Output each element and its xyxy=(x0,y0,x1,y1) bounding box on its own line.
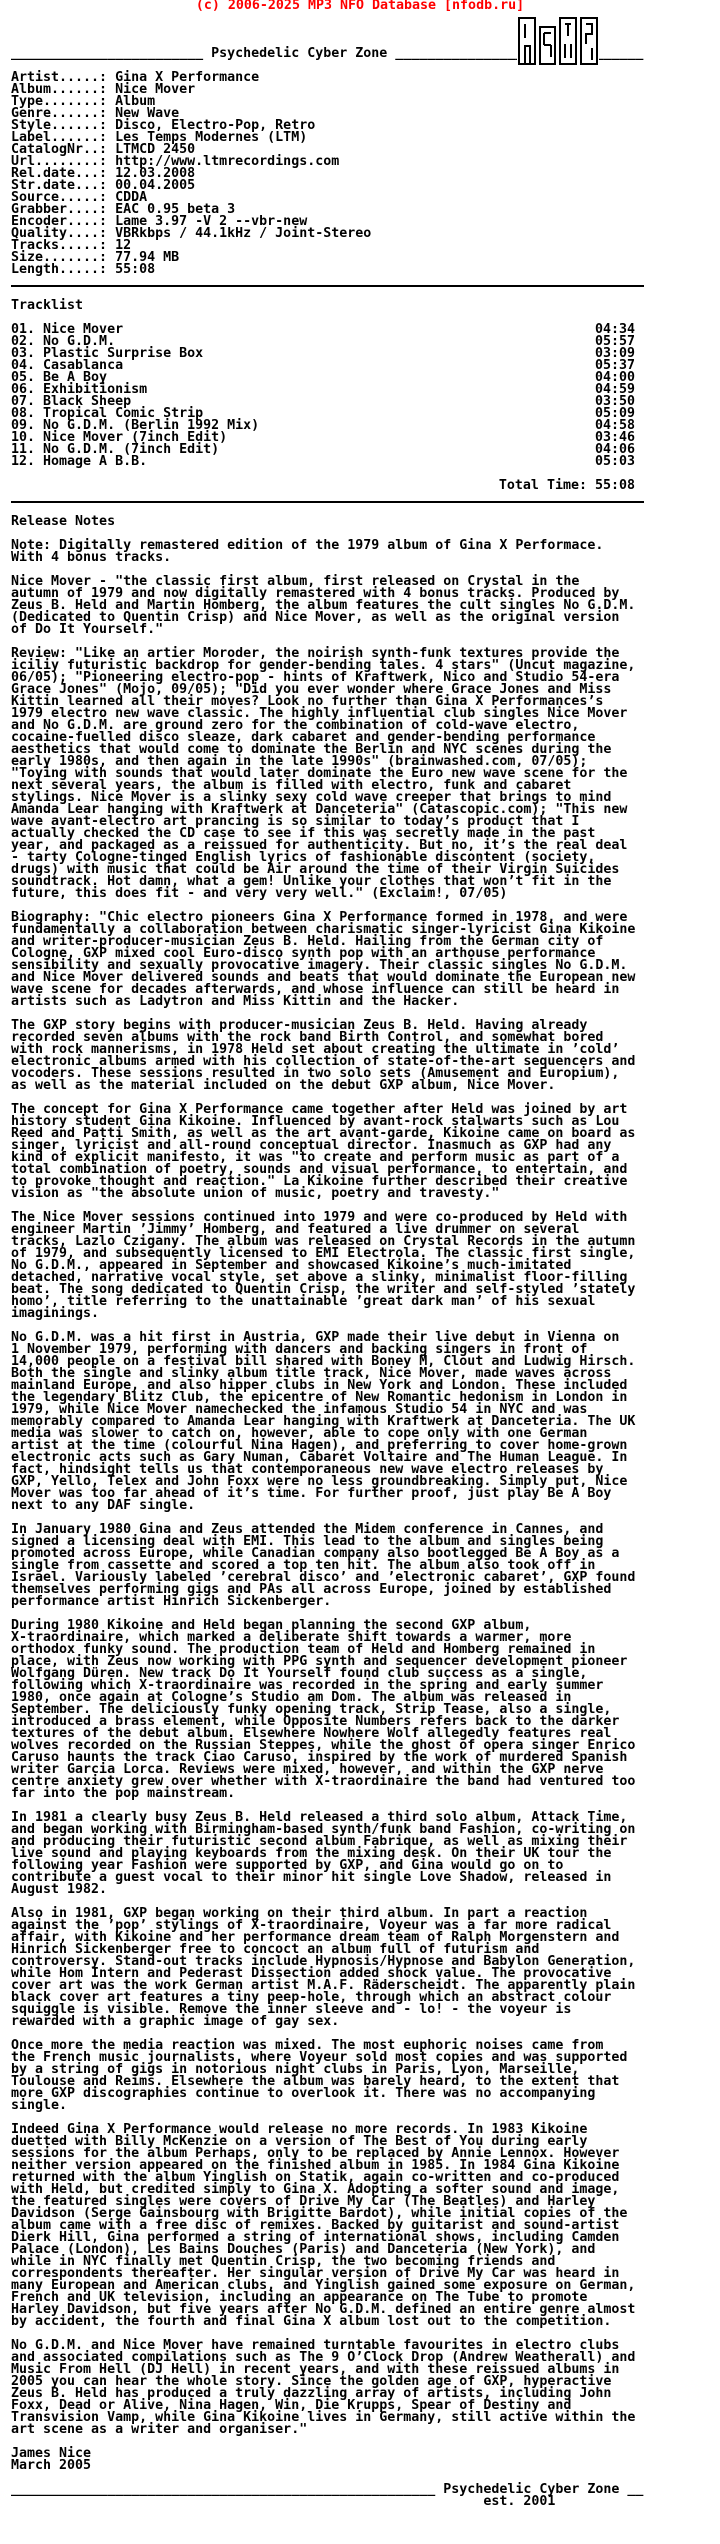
release-notes-paragraph: The GXP story begins with producer-music… xyxy=(11,1020,720,1092)
track-list: 01. Nice Mover04:3402. No G.D.M.05:5703.… xyxy=(11,324,720,468)
total-time-line: Total Time: 55:08 xyxy=(11,480,635,492)
separator-line xyxy=(11,492,644,504)
track-time: 05:03 xyxy=(595,456,635,468)
release-notes-paragraph: Note: Digitally remastered edition of th… xyxy=(11,540,720,564)
release-notes-paragraph: During 1980 Kikoine and Held began plann… xyxy=(11,1620,720,1800)
release-notes-paragraph: No G.D.M. and Nice Mover have remained t… xyxy=(11,2340,720,2436)
release-notes-paragraph: In January 1980 Gina and Zeus attended t… xyxy=(11,1524,720,1608)
metadata-list: Artist.....: Gina X PerformanceAlbum....… xyxy=(11,72,720,276)
release-notes-paragraph: The concept for Gina X Performance came … xyxy=(11,1104,720,1200)
release-notes-paragraph: Also in 1981, GXP began working on their… xyxy=(11,1908,720,2028)
top-spacer xyxy=(11,12,720,48)
track-row: 12. Homage A B.B.05:03 xyxy=(11,456,635,468)
release-notes-paragraph: Indeed Gina X Performance would release … xyxy=(11,2124,720,2328)
separator-line xyxy=(11,276,644,288)
release-notes-paragraph: Biography: "Chic electro pioneers Gina X… xyxy=(11,912,720,1008)
release-notes-body: Note: Digitally remastered edition of th… xyxy=(11,540,720,2436)
release-notes-paragraph: The Nice Mover sessions continued into 1… xyxy=(11,1212,720,1320)
track-title: 12. Homage A B.B. xyxy=(11,456,147,468)
metadata-row: Length.....: 55:08 xyxy=(11,264,720,276)
release-notes-paragraph: Once more the media reaction was mixed. … xyxy=(11,2040,720,2112)
zone-header-line: ________________________ Psychedelic Cyb… xyxy=(11,48,720,60)
release-notes-heading: Release Notes xyxy=(11,516,720,528)
signature: James Nice March 2005 xyxy=(11,2448,720,2472)
release-notes-paragraph: No G.D.M. was a hit first in Austria, GX… xyxy=(11,1332,720,1512)
tracklist-heading: Tracklist xyxy=(11,300,720,312)
copyright-banner: (c) 2006-2025 MP3 NFO Database [nfodb.ru… xyxy=(0,0,720,12)
release-notes-paragraph: In 1981 a clearly busy Zeus B. Held rele… xyxy=(11,1812,720,1896)
release-notes-paragraph: Nice Mover - "the classic first album, f… xyxy=(11,576,720,636)
footer-est-line: est. 2001 xyxy=(11,2496,720,2508)
release-notes-paragraph: Review: "Like an artier Moroder, the noi… xyxy=(11,648,720,900)
pcz-logo xyxy=(517,16,599,66)
nfo-document: (c) 2006-2025 MP3 NFO Database [nfodb.ru… xyxy=(0,0,720,2544)
